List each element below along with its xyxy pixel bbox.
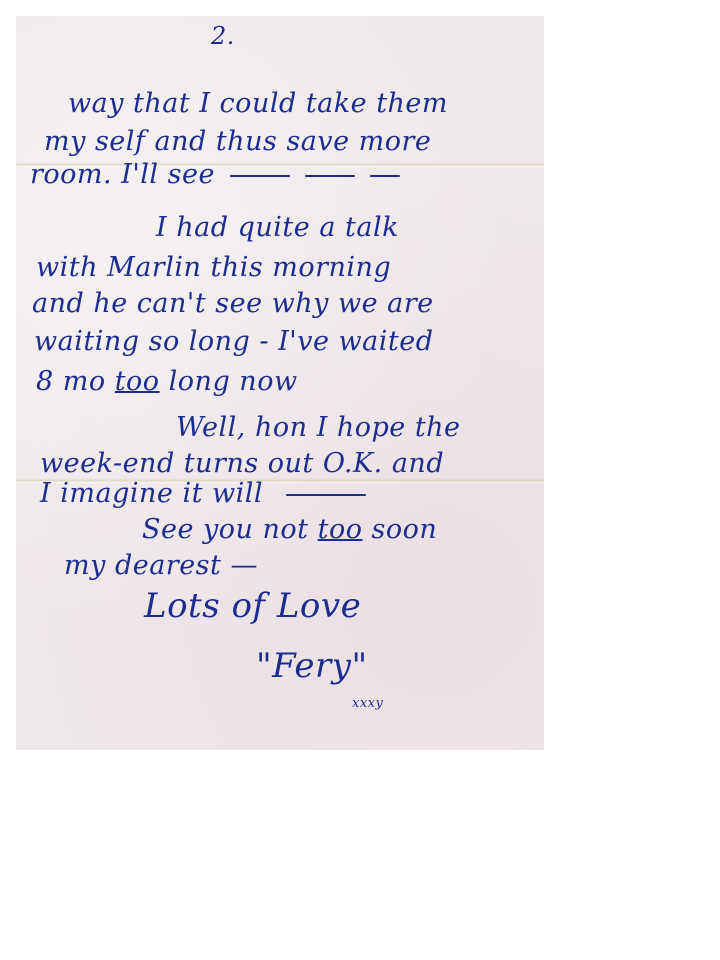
letter-line: 8 mo too long now <box>36 366 298 397</box>
signature: "Fery" <box>256 646 368 686</box>
letter-line: week-end turns out O.K. and <box>40 448 444 479</box>
letter-text: See you not <box>142 514 318 545</box>
underlined-word: too <box>318 514 363 545</box>
letter-text: 8 mo <box>36 366 115 397</box>
letter-line: waiting so long - I've waited <box>34 326 434 357</box>
dash-mark <box>286 494 366 496</box>
letter-line: room. I'll see <box>30 159 400 190</box>
letter-line: way that I could take them <box>68 88 448 119</box>
letter-line: my dearest — <box>64 550 258 581</box>
letter-text: soon <box>362 514 437 545</box>
letter-text: long now <box>160 366 298 397</box>
letter-page: 2. way that I could take them my self an… <box>16 16 544 750</box>
letter-line: I had quite a talk <box>156 212 399 243</box>
signature-kisses: xxxy <box>352 696 383 711</box>
dash-mark <box>305 175 355 177</box>
letter-line: with Marlin this morning <box>36 252 391 283</box>
closing-line: Lots of Love <box>144 586 361 626</box>
dash-mark <box>230 175 290 177</box>
letter-text: room. I'll see <box>30 159 215 190</box>
letter-line: See you not too soon <box>142 514 437 545</box>
letter-line: my self and thus save more <box>44 126 431 157</box>
letter-line: Well, hon I hope the <box>176 412 461 443</box>
letter-line: and he can't see why we are <box>32 288 434 319</box>
letter-line: I imagine it will <box>40 478 366 509</box>
underlined-word: too <box>115 366 160 397</box>
page-number: 2. <box>211 22 235 50</box>
dash-mark <box>370 175 400 177</box>
letter-text: I imagine it will <box>40 478 263 509</box>
